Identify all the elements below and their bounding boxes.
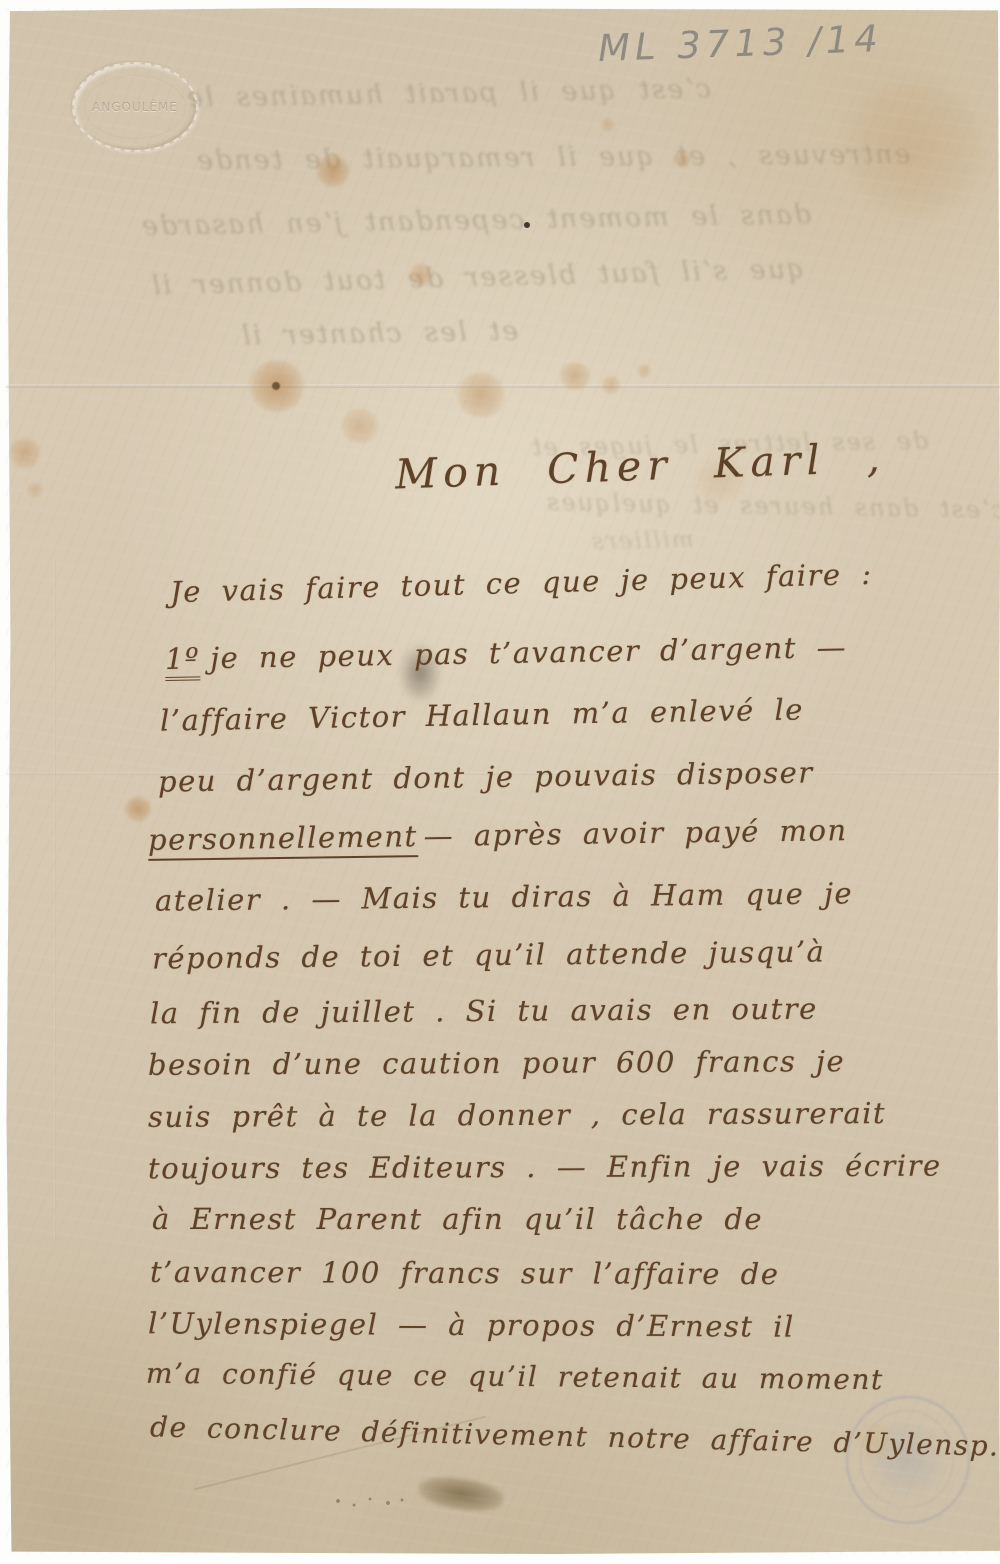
letter-line: besoin d’une caution pour 600 francs je <box>148 1044 845 1082</box>
letter-line: t’avancer 100 francs sur l’affaire de <box>150 1255 780 1291</box>
letter-line: réponds de toi et qu’il attende jusqu’à <box>152 934 826 975</box>
ordinal-number: 1º <box>165 641 201 681</box>
letter-line: suis prêt à te la donner , cela rassurer… <box>148 1096 886 1134</box>
letter-scan: c’est que il parait humaines le entrevue… <box>0 0 1000 1564</box>
embossed-stamp-ring: ANGOULÊME <box>84 75 186 139</box>
embossed-stamp-label: ANGOULÊME <box>92 100 178 114</box>
letter-line-text: — après avoir payé mon <box>423 813 847 853</box>
underlined-word: personnellement <box>148 819 418 861</box>
ink-speckles <box>330 1492 410 1510</box>
embossed-paper-stamp: ANGOULÊME <box>72 62 198 152</box>
verso-showthrough-line: entrevues , et que il remarquait de tend… <box>195 139 911 176</box>
letter-line: toujours tes Editeurs . — Enfin je vais … <box>148 1149 942 1186</box>
letter-line: à Ernest Parent afin qu’il tâche de <box>152 1202 763 1236</box>
foxing-stain-center <box>272 382 280 390</box>
verso-showthrough-line: et les chanter il <box>240 316 519 352</box>
verso-showthrough-line: milliers <box>590 527 694 555</box>
ink-speck <box>524 222 530 228</box>
letter-line: l’Uylenspiegel — à propos d’Ernest il <box>148 1306 795 1343</box>
letter-line: la fin de juillet . Si tu avais en outre <box>150 992 818 1031</box>
letter-line: m’a confié que ce qu’il retenait au mome… <box>146 1357 884 1396</box>
